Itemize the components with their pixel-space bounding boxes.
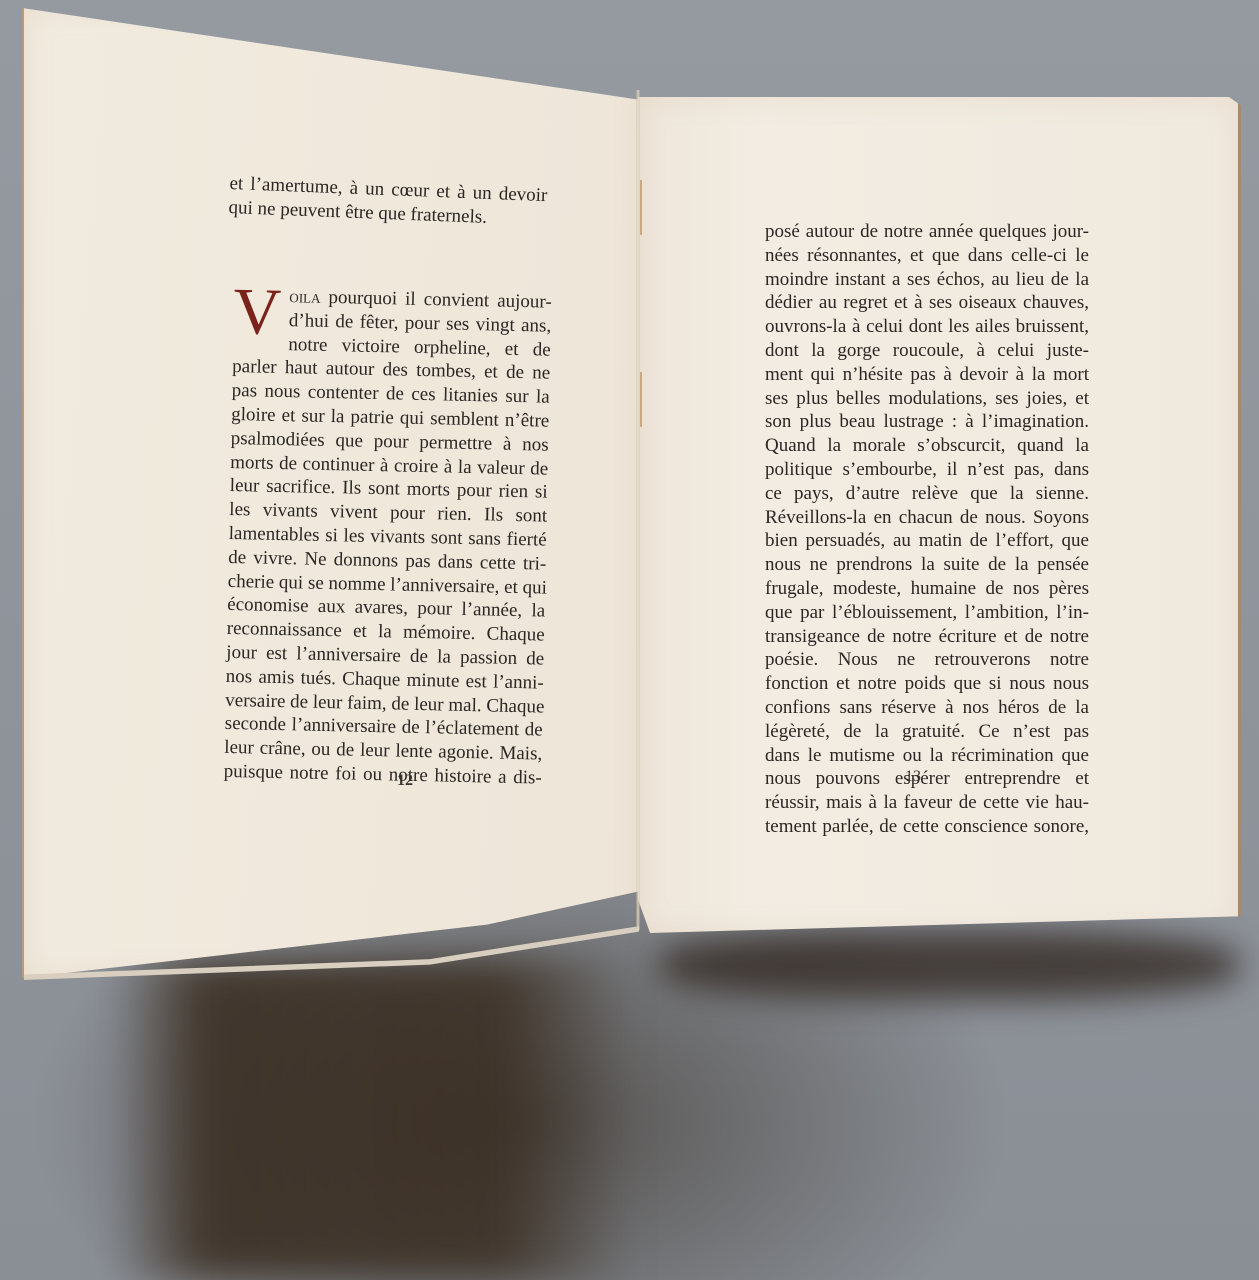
left-page-paragraph: V oila pourquoi il convient aujour- d’hu… (224, 284, 552, 790)
text-line: dans le mutisme ou la récrimination que (765, 744, 1089, 768)
drop-cap: V (233, 286, 282, 347)
page-number-right: 13 (905, 768, 921, 786)
text-line: Réveillons-la en chacun de nous. Soyons (765, 506, 1089, 530)
text-line: bien persuadés, au matin de l’effort, qu… (765, 529, 1089, 553)
text-line: poésie. Nous ne retrouverons notre (765, 648, 1089, 672)
book-shadow-right (660, 930, 1240, 1000)
binding-stitch (640, 180, 642, 235)
text-line: ouvrons-la à celui dont les ailes bruiss… (765, 315, 1089, 339)
text-line: tement parlée, de cette conscience sonor… (765, 815, 1089, 839)
text-line: politique s’embourbe, il n’est pas, dans (765, 458, 1089, 482)
small-caps-word: oila (289, 286, 320, 308)
text-line: posé autour de notre année quelques jour… (765, 220, 1089, 244)
page-number-left: 12 (397, 772, 413, 790)
text-line: réussir, mais à la faveur de cette vie h… (765, 791, 1089, 815)
text-line: pourquoi il convient aujour- (320, 287, 552, 313)
text-line: nous ne prendrons la suite de la pensée (765, 553, 1089, 577)
text-line: confions sans réserve à nos héros de la (765, 696, 1089, 720)
text-line: transigeance de notre écriture et de not… (765, 625, 1089, 649)
book-shadow-left (110, 960, 630, 1280)
text-line: ce pays, d’autre relève que la sienne. (765, 482, 1089, 506)
text-line: dédier au regret et à ses oiseaux chauve… (765, 291, 1089, 315)
text-line: que par l’éblouissement, l’ambition, l’i… (765, 601, 1089, 625)
binding-stitch (640, 372, 642, 427)
text-line: légèreté, de la gratuité. Ce n’est pas (765, 720, 1089, 744)
right-page-text: posé autour de notre année quelques jour… (765, 220, 1089, 839)
text-line: nées résonnantes, et que dans celle-ci l… (765, 244, 1089, 268)
text-line: nous pouvons espérer entreprendre et (765, 767, 1089, 791)
text-line: dont la gorge roucoule, à celui juste- (765, 339, 1089, 363)
text-line: Quand la morale s’obscurcit, quand la (765, 434, 1089, 458)
text-line: ment qui n’hésite pas à devoir à la mort (765, 363, 1089, 387)
text-line: frugale, modeste, humaine de nos pères (765, 577, 1089, 601)
text-line: ses plus belles modulations, ses joies, … (765, 387, 1089, 411)
text-line: son plus beau lustrage : à l’imagination… (765, 410, 1089, 434)
text-line: fonction et notre poids que si nous nous (765, 672, 1089, 696)
text-line: moindre instant a ses échos, au lieu de … (765, 268, 1089, 292)
